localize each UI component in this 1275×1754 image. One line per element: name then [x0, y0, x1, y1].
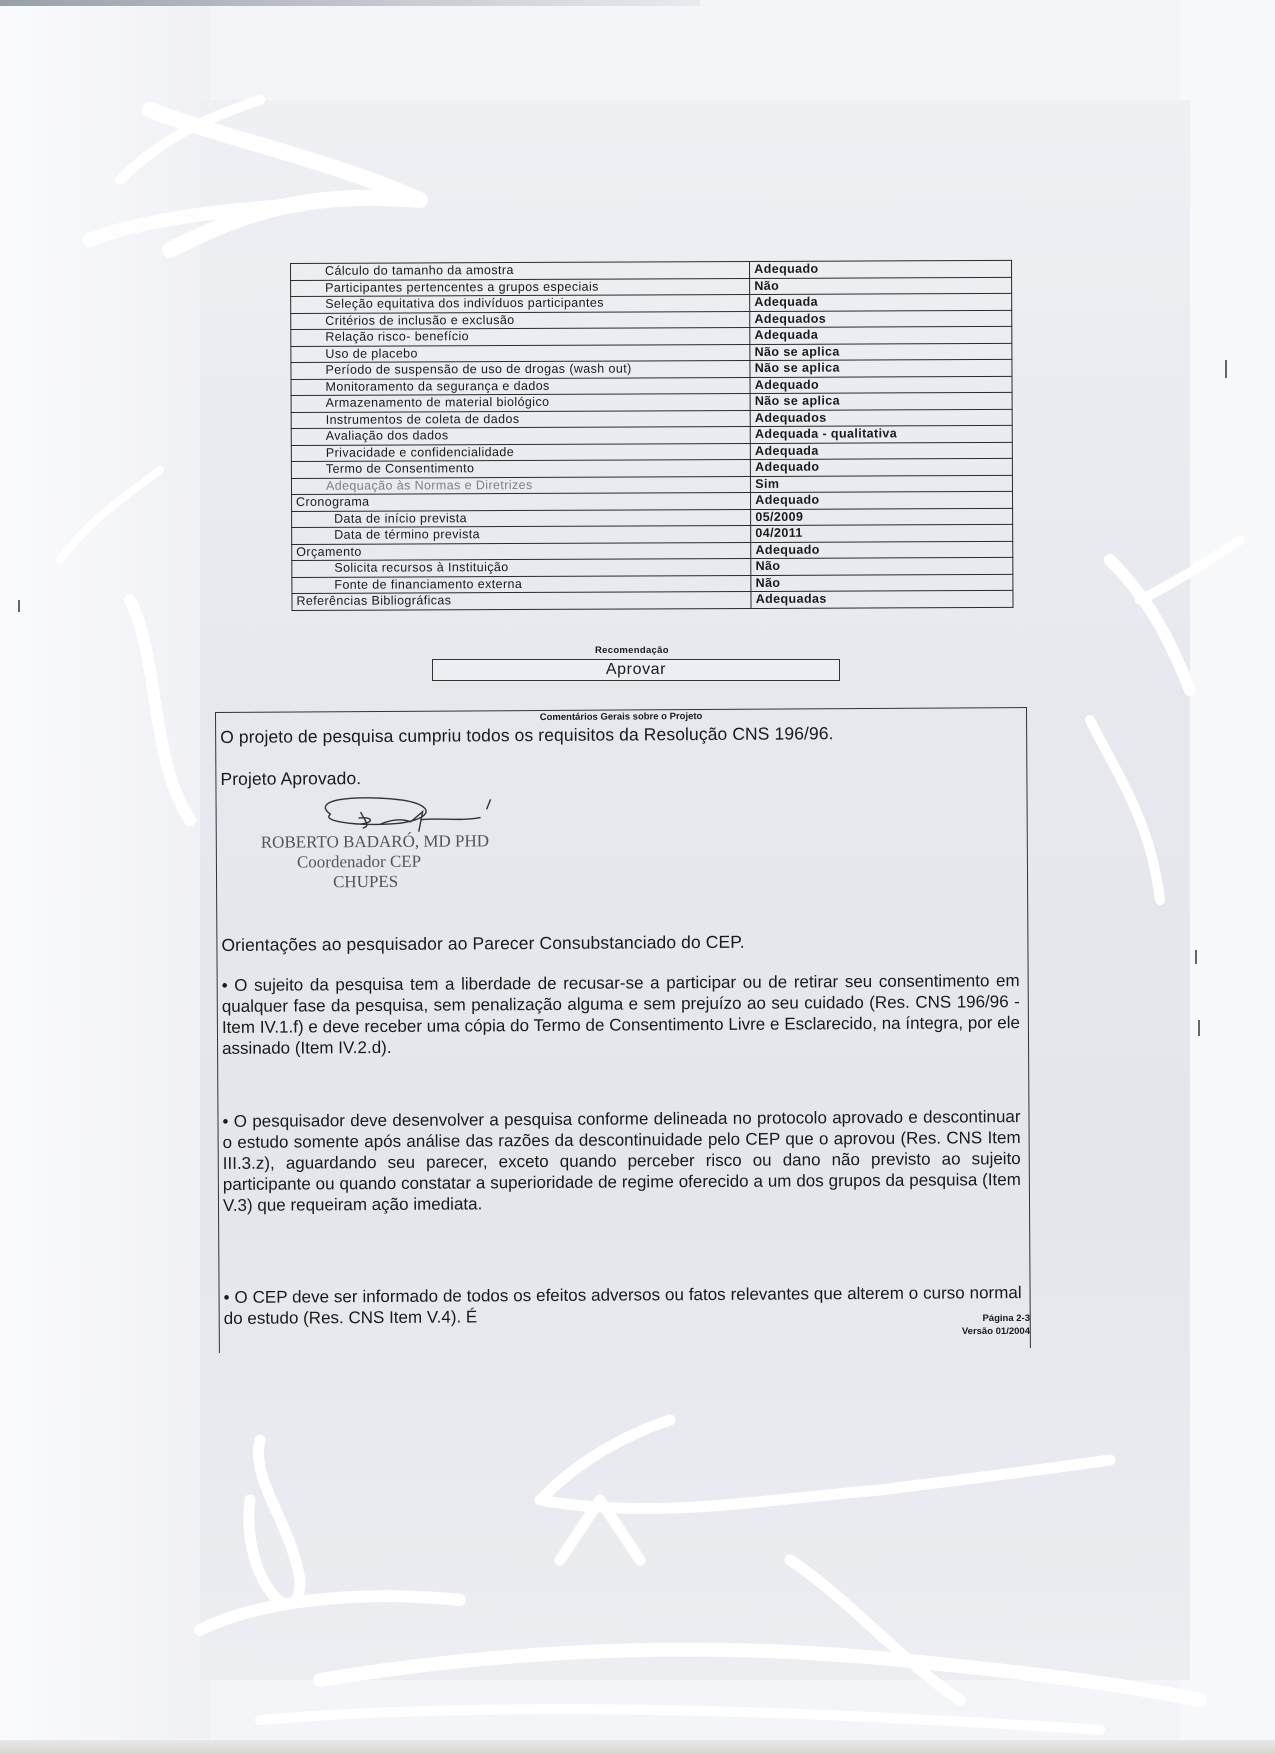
guidance-paragraph-2: • O pesquisador deve desenvolver a pesqu… [222, 1106, 1021, 1216]
guidance-heading: Orientações ao pesquisador ao Parecer Co… [221, 932, 744, 956]
criterion-value: Adequada - qualitativa [750, 425, 1012, 443]
criterion-label: Relação risco- benefício [291, 327, 750, 346]
criterion-value: Não se aplica [750, 359, 1012, 377]
table-row: Referências BibliográficasAdequadas [292, 590, 1013, 610]
criterion-label: Cálculo do tamanho da amostra [291, 261, 750, 280]
criterion-label: Referências Bibliográficas [292, 591, 751, 610]
scan-margin-right [1180, 0, 1275, 1754]
criterion-value: Adequados [750, 310, 1012, 328]
criterion-label: Orçamento [292, 542, 751, 561]
recommendation-value: Aprovar [432, 659, 840, 681]
criterion-label: Período de suspensão de uso de drogas (w… [291, 360, 750, 379]
criterion-label: Adequação às Normas e Diretrizes [291, 476, 750, 495]
criterion-value: Sim [751, 475, 1013, 493]
criterion-value: Não [751, 557, 1013, 575]
recommendation-label: Recomendação [595, 645, 669, 656]
criterion-value: Adequados [750, 409, 1012, 427]
criterion-value: Adequada [750, 293, 1012, 311]
criterion-value: 04/2011 [751, 524, 1013, 542]
criterion-value: Não [751, 574, 1013, 592]
criterion-label: Armazenamento de material biológico [291, 393, 750, 412]
handwritten-signature-icon [290, 791, 550, 843]
criterion-label: Fonte de financiamento externa [292, 575, 751, 594]
scan-edge-top [0, 0, 700, 6]
form-version: Versão 01/2004 [930, 1326, 1030, 1337]
criterion-value: Adequada [750, 326, 1012, 344]
criterion-label: Cronograma [292, 492, 751, 511]
criterion-value: Adequadas [751, 590, 1013, 608]
criterion-value: Adequado [751, 491, 1013, 509]
scan-mark [1198, 1020, 1200, 1036]
criterion-label: Seleção equitativa dos indivíduos partic… [291, 294, 750, 313]
criterion-value: Adequada [751, 442, 1013, 460]
criterion-label: Uso de placebo [291, 344, 750, 363]
criterion-label: Privacidade e confidencialidade [291, 443, 750, 462]
guidance-paragraph-3: • O CEP deve ser informado de todos os e… [224, 1282, 1022, 1329]
comments-title: Comentários Gerais sobre o Projeto [216, 709, 1026, 725]
comments-section: Comentários Gerais sobre o Projeto O pro… [215, 707, 1031, 1353]
criterion-value: Não se aplica [750, 392, 1012, 410]
criterion-label: Avaliação dos dados [291, 426, 750, 445]
scan-mark [1225, 360, 1227, 378]
criterion-label: Solicita recursos à Instituição [292, 558, 751, 577]
criterion-label: Critérios de inclusão e exclusão [291, 311, 750, 330]
comment-line-2: Projeto Aprovado. [220, 768, 361, 790]
scan-edge-bottom [0, 1740, 1275, 1754]
criterion-label: Termo de Consentimento [291, 459, 750, 478]
criterion-value: Não se aplica [750, 343, 1012, 361]
criterion-value: 05/2009 [751, 508, 1013, 526]
criterion-label: Instrumentos de coleta de dados [291, 410, 750, 429]
page-number: Página 2-3 [960, 1313, 1030, 1324]
criterion-label: Data de início prevista [292, 509, 751, 528]
comment-line-1: O projeto de pesquisa cumpriu todos os r… [220, 723, 834, 748]
scan-mark [1195, 950, 1197, 964]
criterion-value: Adequado [751, 541, 1013, 559]
signer-organization: CHUPES [261, 871, 581, 893]
scan-margin-left [0, 0, 210, 1754]
criterion-value: Adequado [751, 458, 1013, 476]
evaluation-table: Cálculo do tamanho da amostraAdequadoPar… [290, 260, 1014, 611]
signature-block: ROBERTO BADARÓ, MD PHD Coordenador CEP C… [261, 811, 581, 893]
signer-role: Coordenador CEP [261, 851, 581, 873]
guidance-paragraph-1: • O sujeito da pesquisa tem a liberdade … [222, 970, 1020, 1059]
scan-mark [18, 600, 20, 612]
criterion-value: Adequado [750, 260, 1012, 278]
criterion-label: Data de término prevista [292, 525, 751, 544]
criterion-value: Adequado [750, 376, 1012, 394]
criterion-label: Monitoramento da segurança e dados [291, 377, 750, 396]
criterion-value: Não [750, 277, 1012, 295]
criterion-label: Participantes pertencentes a grupos espe… [291, 278, 750, 297]
